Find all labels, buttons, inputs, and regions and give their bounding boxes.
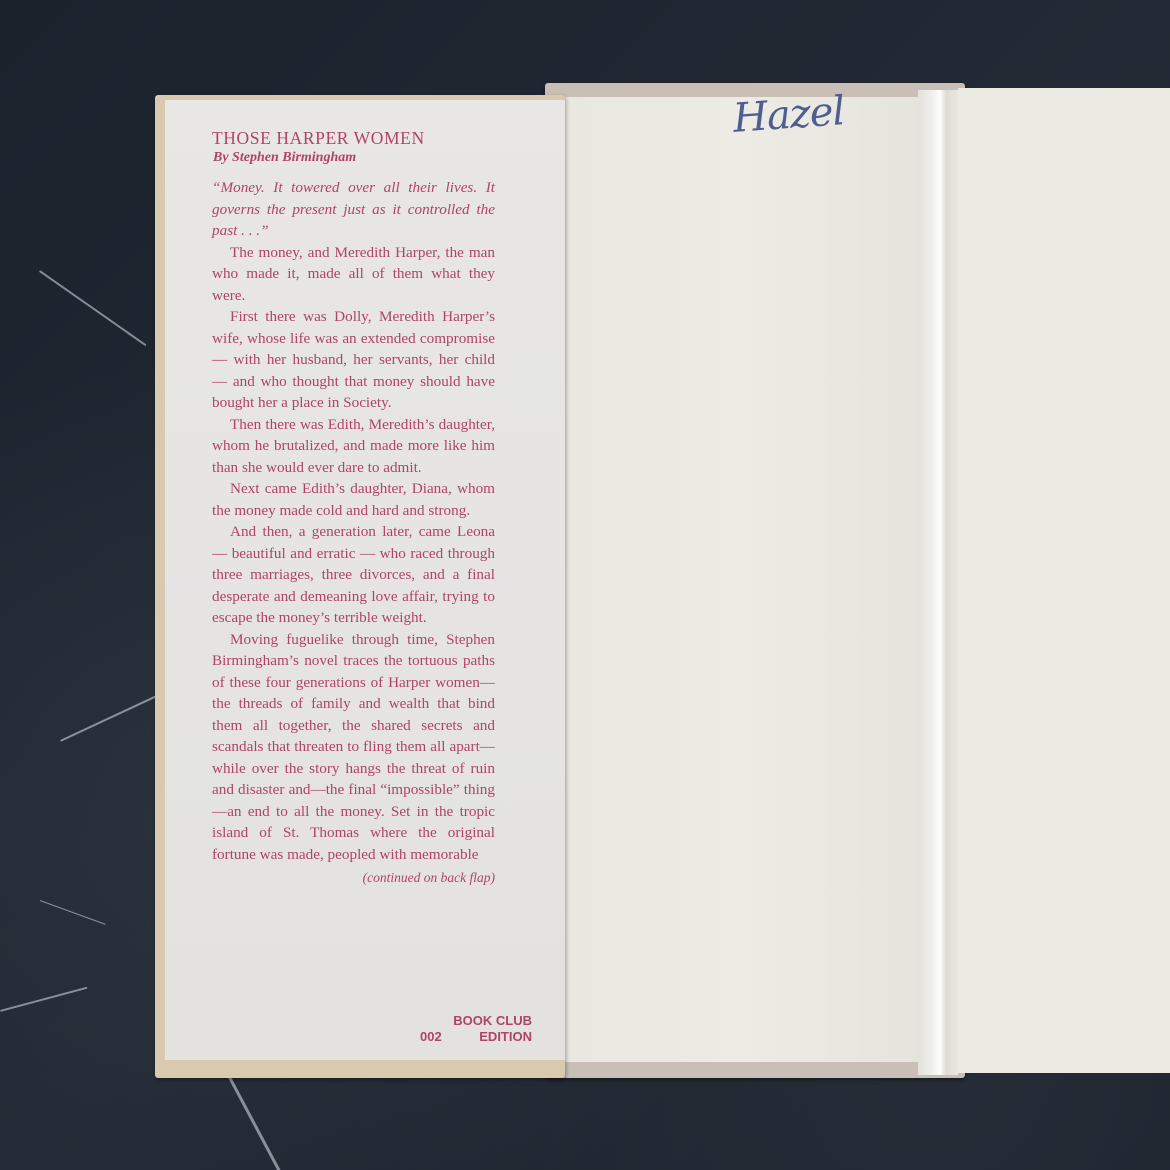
marble-vein (40, 900, 106, 925)
marble-vein (60, 694, 161, 742)
handwritten-inscription: Hazel (732, 88, 846, 142)
first-page (958, 88, 1170, 1073)
book-club-label: BOOK CLUB (453, 1013, 532, 1029)
marble-vein (227, 1075, 281, 1170)
book-club-edition-mark: BOOK CLUB 002 EDITION (420, 1013, 532, 1045)
synopsis-paragraph: First there was Dolly, Meredith Harper’s… (212, 306, 495, 414)
edition-label: EDITION (479, 1029, 532, 1045)
book-gutter (918, 90, 958, 1075)
flap-copy: THOSE HARPER WOMEN By Stephen Birmingham… (212, 128, 495, 889)
continued-note: (continued on back flap) (212, 867, 495, 889)
book-title: THOSE HARPER WOMEN (212, 128, 495, 148)
marble-vein (0, 987, 87, 1012)
synopsis-paragraph: The money, and Meredith Harper, the man … (212, 242, 495, 307)
synopsis-paragraph: And then, a generation later, came Leona… (212, 521, 495, 629)
synopsis-paragraph: Next came Edith’s daughter, Diana, whom … (212, 478, 495, 521)
author-byline: By Stephen Birmingham (213, 148, 495, 167)
synopsis-paragraph: Then there was Edith, Meredith’s daughte… (212, 414, 495, 479)
synopsis-paragraph: Moving fuguelike through time, Stephen B… (212, 629, 495, 866)
opening-quote: “Money. It towered over all their lives.… (212, 177, 495, 242)
front-endpaper (565, 97, 920, 1062)
book-club-code: 002 (420, 1029, 442, 1045)
marble-vein (39, 270, 147, 346)
